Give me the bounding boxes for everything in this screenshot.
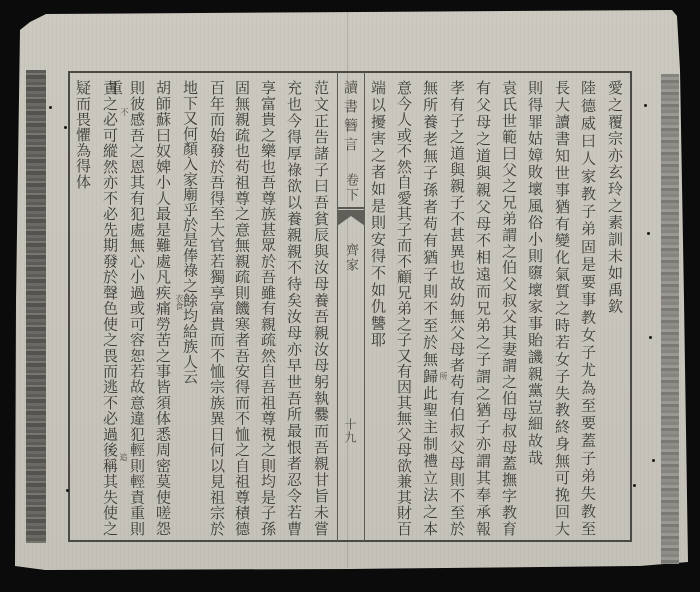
ink-speck: [652, 459, 655, 462]
text-column: 責之必可縱然亦不必先期發於聲色使之畏而逃不必過後稱其失使之: [99, 80, 121, 536]
text-column: 范文正告諸子曰吾貧辰與汝母養吾親汝母躬執爨而吾親甘旨未嘗: [310, 80, 332, 536]
center-band-line-right: [364, 72, 365, 541]
text-column: 則彼感吾之恩其有犯處無心小過或可容恕若故意違犯輕則輕責重則重: [126, 80, 148, 536]
interlinear-note: 不: [119, 108, 129, 116]
ink-speck: [49, 106, 52, 109]
section-label: 齊家: [339, 243, 361, 273]
interlinear-note: 所: [438, 372, 448, 380]
interlinear-note: 追: [118, 453, 128, 461]
ink-speck: [66, 489, 69, 492]
text-column: 固無親疏也苟祖尊之意無親疏則饑寒者吾安得而不恤之自祖尊積德: [231, 80, 253, 536]
volume-label: 卷下: [339, 173, 361, 203]
fishtail-mark-icon: [337, 205, 365, 231]
center-band-line-left: [337, 72, 338, 541]
text-column: 充也今得厚祿欲以養親親不待矣汝母亦早世吾所最恨者忍令若曹: [283, 80, 305, 536]
text-column: 有父母之道與親父母不相遠而兄弟之子謂之猶子亦謂其奉承報: [472, 80, 494, 536]
ink-speck: [649, 336, 652, 339]
page-number: 十九: [339, 418, 361, 444]
text-column: 意今人或不然自愛其子而不顧兄弟之子又有因其無父母欲兼其財百: [393, 80, 415, 536]
right-edge-strip: [661, 74, 679, 564]
ink-speck: [644, 104, 647, 107]
text-column: 疑而畏懼為得体: [72, 80, 94, 536]
interlinear-note: 衣食: [174, 294, 184, 310]
left-edge-strip: [26, 70, 46, 543]
ink-speck: [633, 484, 636, 487]
text-column: 享富貴之樂也吾尊族甚眾於吾雖有親疏然自吾祖尊視之則均是子孫: [257, 80, 279, 536]
text-column: 陸德威曰人家教子弟固是要事教女子尤為至要蓋子弟失教至: [577, 80, 599, 536]
text-column: 胡師蘇曰奴婢小人最是難處凡疾痛勞苦之事皆須体悉周密莫使嗟怨: [152, 80, 174, 536]
text-column: 無所養老無子孫者苟有猶子則不至於無歸此聖主制禮立法之本: [419, 80, 441, 536]
ink-speck: [647, 232, 650, 235]
text-column: 端以擾害之者如是則安得不如仇讐耶: [367, 80, 389, 536]
text-column: 愛之覆宗亦玄玲之素訓未如禹欽: [604, 80, 626, 536]
text-column: 則得罪姑嫜敗壞風俗小則隳壞家事貽譏親黨豈細故哉: [524, 80, 546, 536]
ink-speck: [64, 126, 67, 129]
text-column: 長大讀書知世事猶有變化氣質之時若女子失教終身無可挽回大: [551, 80, 573, 536]
book-title: 讀書簪言: [339, 80, 361, 156]
text-column: 百年而始發於吾得至大官若獨享富貴而不恤宗族異日何以見祖宗於: [206, 80, 228, 536]
text-column: 孝有子之道與親子不甚異也故幼無父母者苟有伯叔父母則不至於: [446, 80, 468, 536]
text-column: 袁氏世範曰父之兄弟謂之伯父叔父其妻謂之伯母叔母蓋撫字教育: [498, 80, 520, 536]
